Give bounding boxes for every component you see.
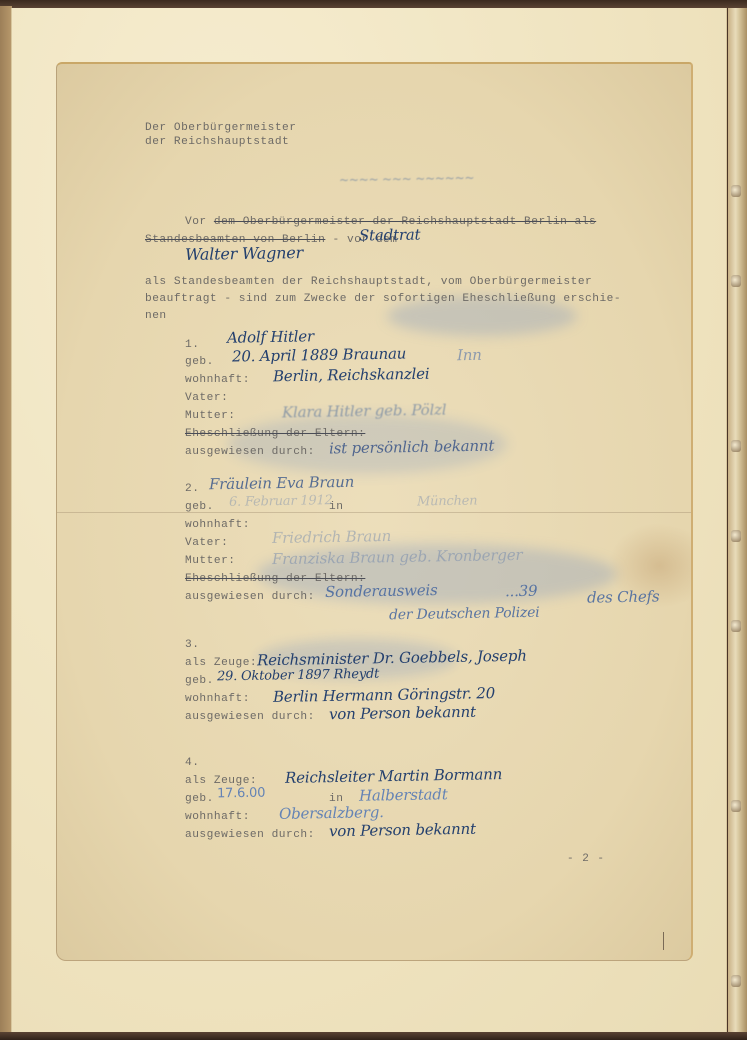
label-geb: geb.: [185, 674, 214, 688]
label-mutter: Mutter:: [185, 409, 236, 423]
label-in: in: [329, 500, 343, 514]
intro-line-4: beauftragt - sind zum Zwecke der soforti…: [145, 292, 621, 306]
entry-2-id-extra: des Chefs: [587, 587, 660, 606]
label-ausgewiesen: ausgewiesen durch:: [185, 445, 315, 459]
frame-top-edge: [0, 0, 747, 8]
entry-4-residence: Obersalzberg.: [279, 803, 384, 823]
entry-4-number: 4.: [185, 756, 199, 770]
label-vater: Vater:: [185, 536, 228, 550]
entry-1-name: Adolf Hitler: [227, 327, 314, 347]
entry-1-number: 1.: [185, 338, 199, 352]
label-wohnhaft: wohnhaft:: [185, 810, 250, 824]
header-line-2: der Reichshauptstadt: [145, 135, 289, 149]
entry-1-identified-by: ist persönlich bekannt: [329, 437, 495, 458]
label-ausgewiesen: ausgewiesen durch:: [185, 710, 315, 724]
pencil-mark: [663, 932, 664, 950]
entry-2-number: 2.: [185, 482, 199, 496]
label-wohnhaft: wohnhaft:: [185, 373, 250, 387]
handwritten-official-title: Stadtrat: [359, 225, 421, 244]
binding-ring-icon: [731, 800, 741, 812]
entry-2-identified-by: Sonderausweis: [325, 581, 438, 601]
entry-2-id-number: ...39: [505, 582, 538, 601]
intro-line-5: nen: [145, 309, 167, 323]
intro-prefix: Vor: [185, 216, 214, 228]
handwritten-registrar-name: Walter Wagner: [185, 243, 303, 264]
frame-bottom-edge: [0, 1032, 747, 1040]
entry-1-residence: Berlin, Reichskanzlei: [273, 365, 430, 386]
entry-2-birth: 6. Februar 1912: [229, 493, 333, 510]
entry-2-father: Friedrich Braun: [272, 527, 391, 547]
album-binding: [728, 8, 747, 1034]
binding-ring-icon: [731, 440, 741, 452]
label-wohnhaft: wohnhaft:: [185, 692, 250, 706]
entry-4-identified-by: von Person bekannt: [329, 820, 476, 841]
label-geb: geb.: [185, 355, 214, 369]
smudged-ink-mark: ~~~~ ~~~ ~~~~~~: [339, 171, 475, 187]
label-wohnhaft: wohnhaft:: [185, 518, 250, 532]
label-ausgewiesen: ausgewiesen durch:: [185, 590, 315, 604]
binding-ring-icon: [731, 185, 741, 197]
entry-3-birth: 29. Oktober 1897 Rheydt: [217, 667, 379, 685]
label-ausgewiesen: ausgewiesen durch:: [185, 828, 315, 842]
label-geb: geb.: [185, 792, 214, 806]
entry-1-birth: 20. April 1889 Braunau: [232, 344, 406, 365]
entry-2-name: Fräulein Eva Braun: [209, 473, 354, 494]
entry-4-witness: Reichsleiter Martin Bormann: [285, 765, 502, 787]
entry-3-identified-by: von Person bekannt: [329, 703, 476, 724]
entry-2-birthplace: München: [417, 493, 478, 509]
binding-ring-icon: [731, 975, 741, 987]
entry-4-birth: 17.6.00: [217, 786, 265, 802]
entry-2-id-issuer: der Deutschen Polizei: [389, 605, 540, 624]
label-vater: Vater:: [185, 391, 228, 405]
entry-1-birth-extra: Inn: [457, 346, 482, 364]
label-geb: geb.: [185, 500, 214, 514]
entry-1-mother: Klara Hitler geb. Pölzl: [282, 401, 447, 422]
binding-ring-icon: [731, 530, 741, 542]
binding-ring-icon: [731, 620, 741, 632]
entry-3-witness: Reichsminister Dr. Goebbels, Joseph: [257, 647, 527, 670]
intro-line-3: als Standesbeamten der Reichshauptstadt,…: [145, 275, 592, 289]
entry-3-number: 3.: [185, 638, 199, 652]
fold-line: [57, 512, 691, 513]
entry-4-birthplace: Halberstadt: [359, 785, 448, 805]
page-number: - 2 -: [567, 853, 605, 865]
document-sheet: Der Oberbürgermeister der Reichshauptsta…: [56, 62, 693, 961]
header-line-1: Der Oberbürgermeister: [145, 121, 297, 135]
label-mutter: Mutter:: [185, 554, 236, 568]
binding-ring-icon: [731, 275, 741, 287]
